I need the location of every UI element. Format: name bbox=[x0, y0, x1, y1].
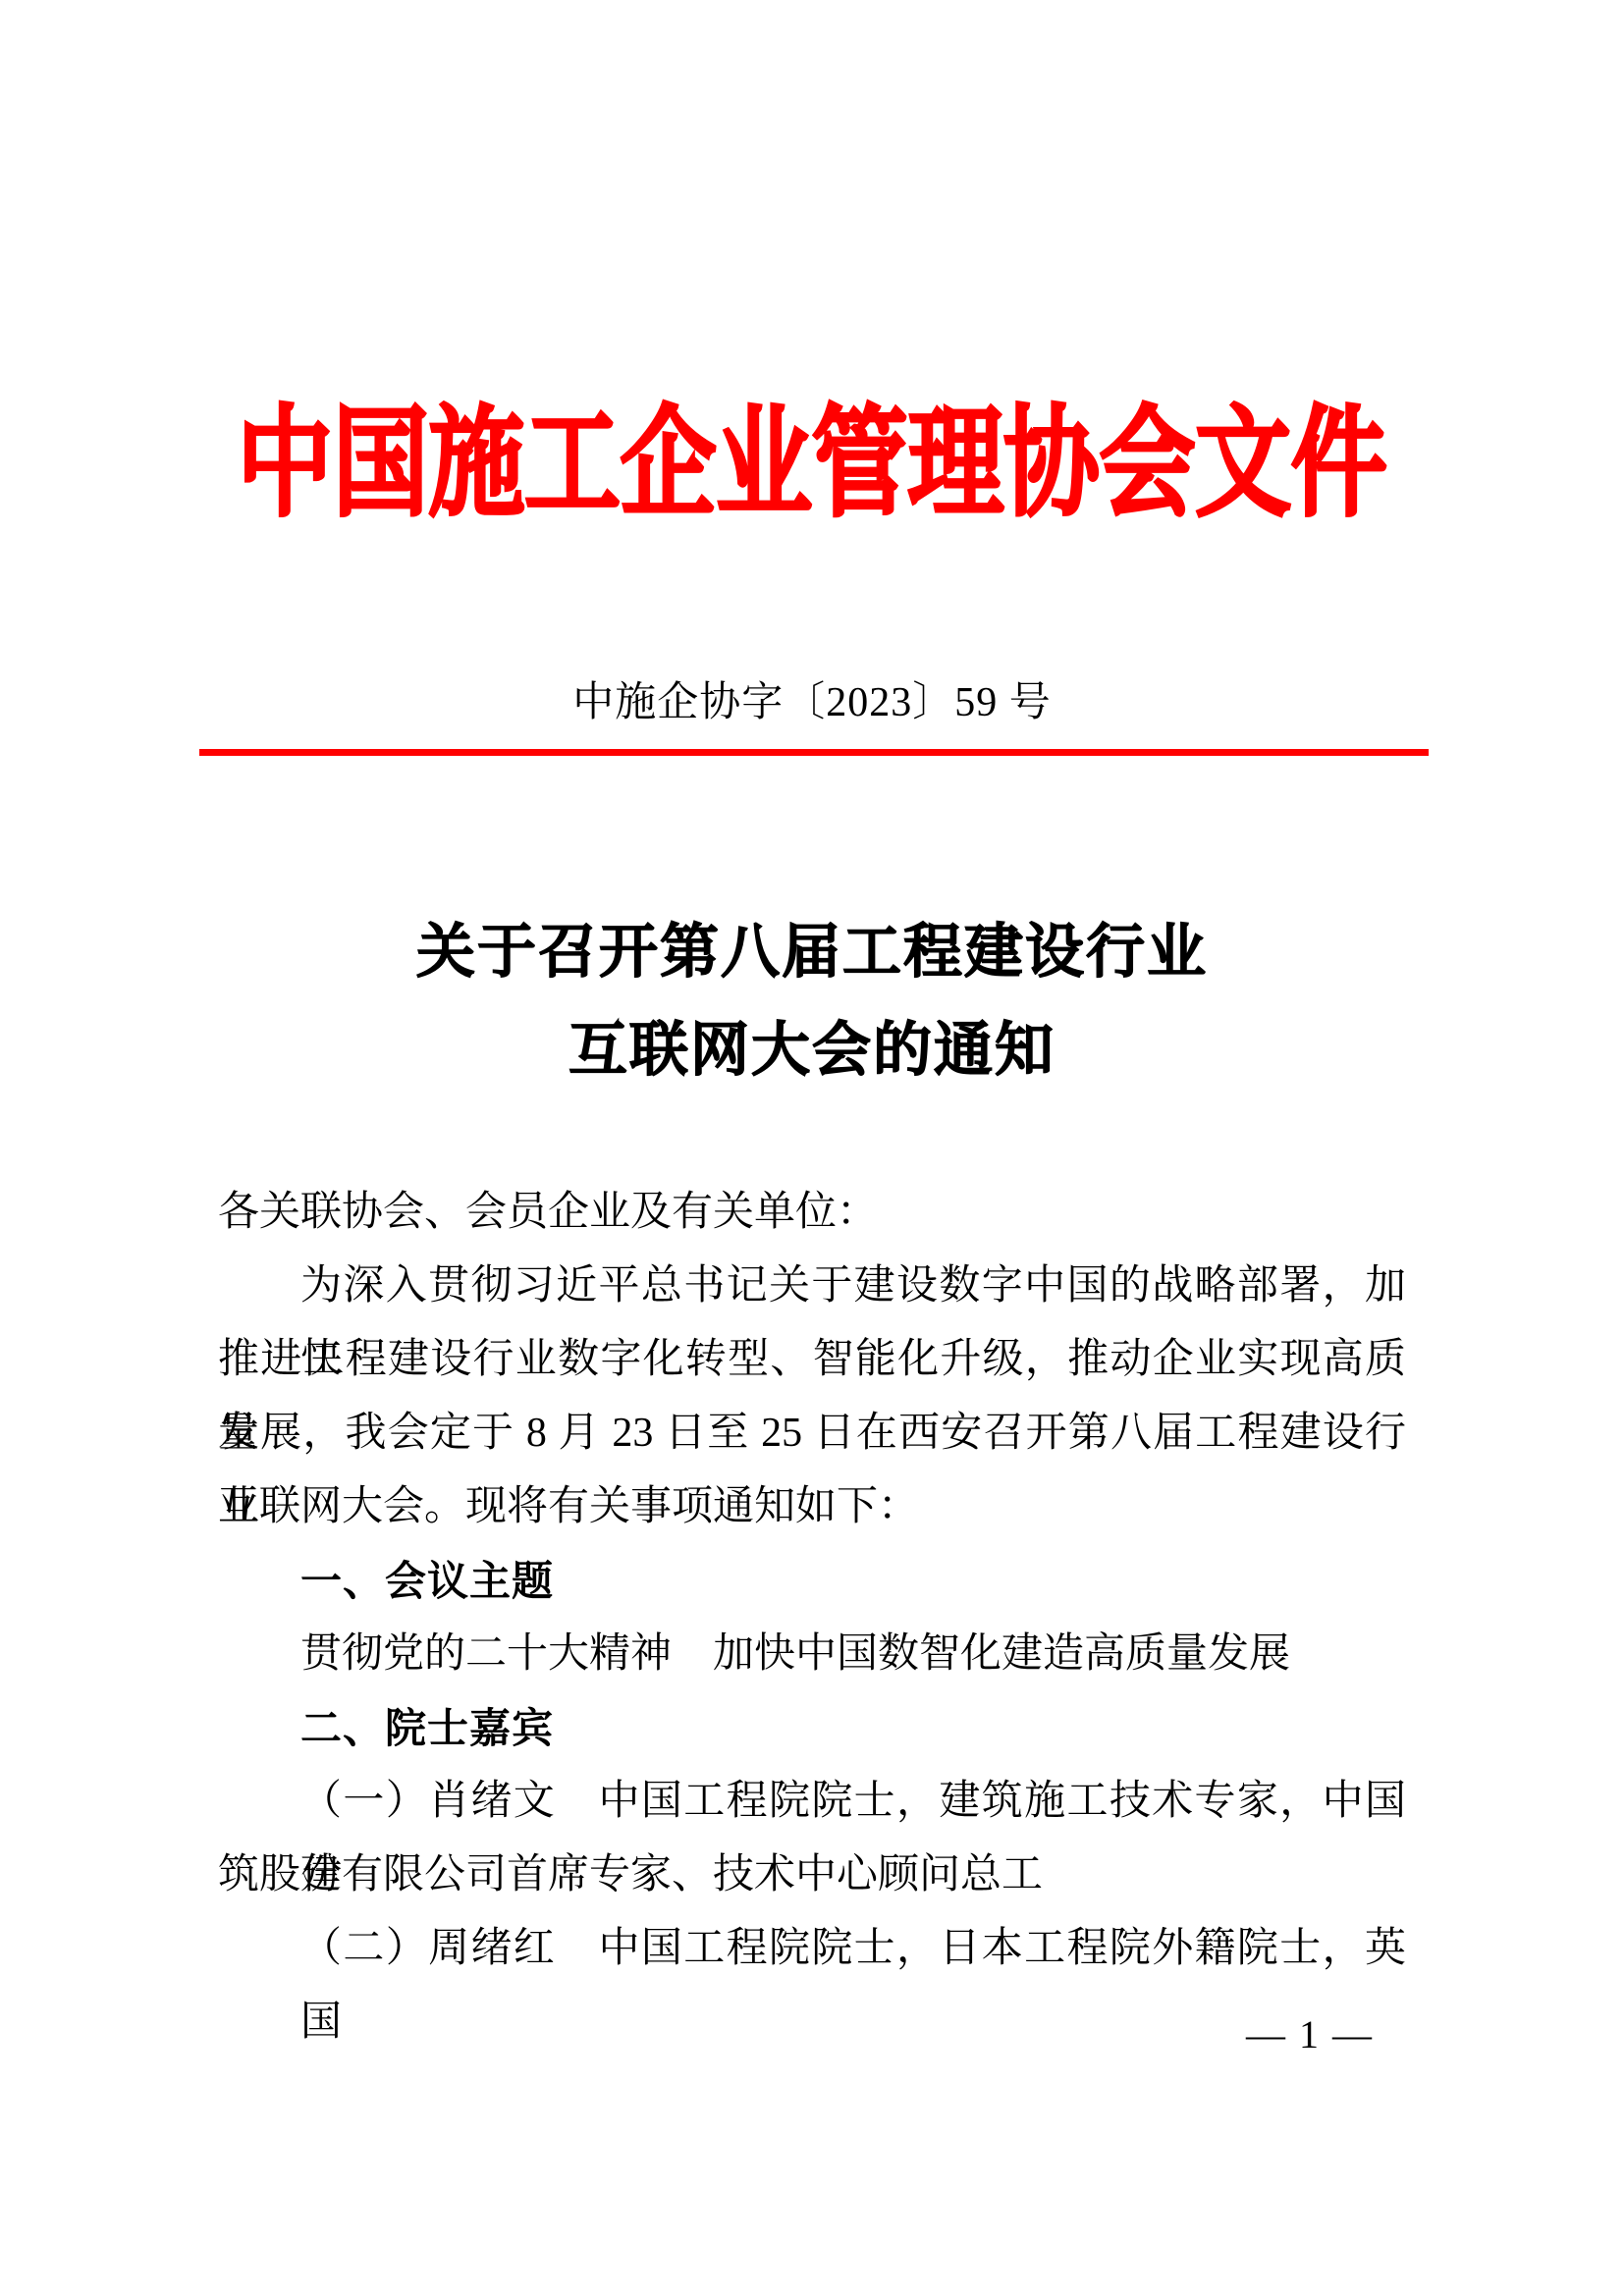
document-title-line-2: 互联网大会的通知 bbox=[0, 1001, 1624, 1099]
org-header-title-text: 中国施工企业管理协会文件 bbox=[237, 397, 1386, 534]
page-number: — 1 — bbox=[1246, 2010, 1374, 2059]
red-divider-line bbox=[199, 749, 1429, 756]
body-line: 贯彻党的二十大精神 加快中国数智化建造高质量发展 bbox=[218, 1618, 1406, 1691]
document-page: 中国施工企业管理协会文件 中施企协字〔2023〕59 号 关于召开第八届工程建设… bbox=[0, 0, 1624, 2296]
document-number: 中施企协字〔2023〕59 号 bbox=[0, 675, 1624, 730]
body-lines: 各关联协会、会员企业及有关单位：为深入贯彻习近平总书记关于建设数字中国的战略部署… bbox=[218, 1176, 1406, 1986]
body-line: 推进工程建设行业数字化转型、智能化升级，推动企业实现高质量 bbox=[218, 1323, 1406, 1397]
body-line: 互联网大会。现将有关事项通知如下： bbox=[218, 1470, 1406, 1544]
body-line: （二）周绪红 中国工程院院士，日本工程院外籍院士，英国 bbox=[218, 1912, 1406, 1986]
org-header-title: 中国施工企业管理协会文件 bbox=[0, 397, 1624, 534]
document-title-line-1: 关于召开第八届工程建设行业 bbox=[0, 903, 1624, 1001]
section-heading: 二、院士嘉宾 bbox=[218, 1691, 1406, 1765]
section-heading: 一、会议主题 bbox=[218, 1544, 1406, 1618]
document-title: 关于召开第八届工程建设行业 互联网大会的通知 bbox=[0, 903, 1624, 1099]
body-line: 为深入贯彻习近平总书记关于建设数字中国的战略部署，加快 bbox=[218, 1250, 1406, 1323]
body-line: （一）肖绪文 中国工程院院士，建筑施工技术专家，中国建 bbox=[218, 1765, 1406, 1839]
body-line: 发展，我会定于 8 月 23 日至 25 日在西安召开第八届工程建设行业 bbox=[218, 1397, 1406, 1470]
body-line: 各关联协会、会员企业及有关单位： bbox=[218, 1176, 1406, 1250]
body-line: 筑股份有限公司首席专家、技术中心顾问总工 bbox=[218, 1839, 1406, 1912]
